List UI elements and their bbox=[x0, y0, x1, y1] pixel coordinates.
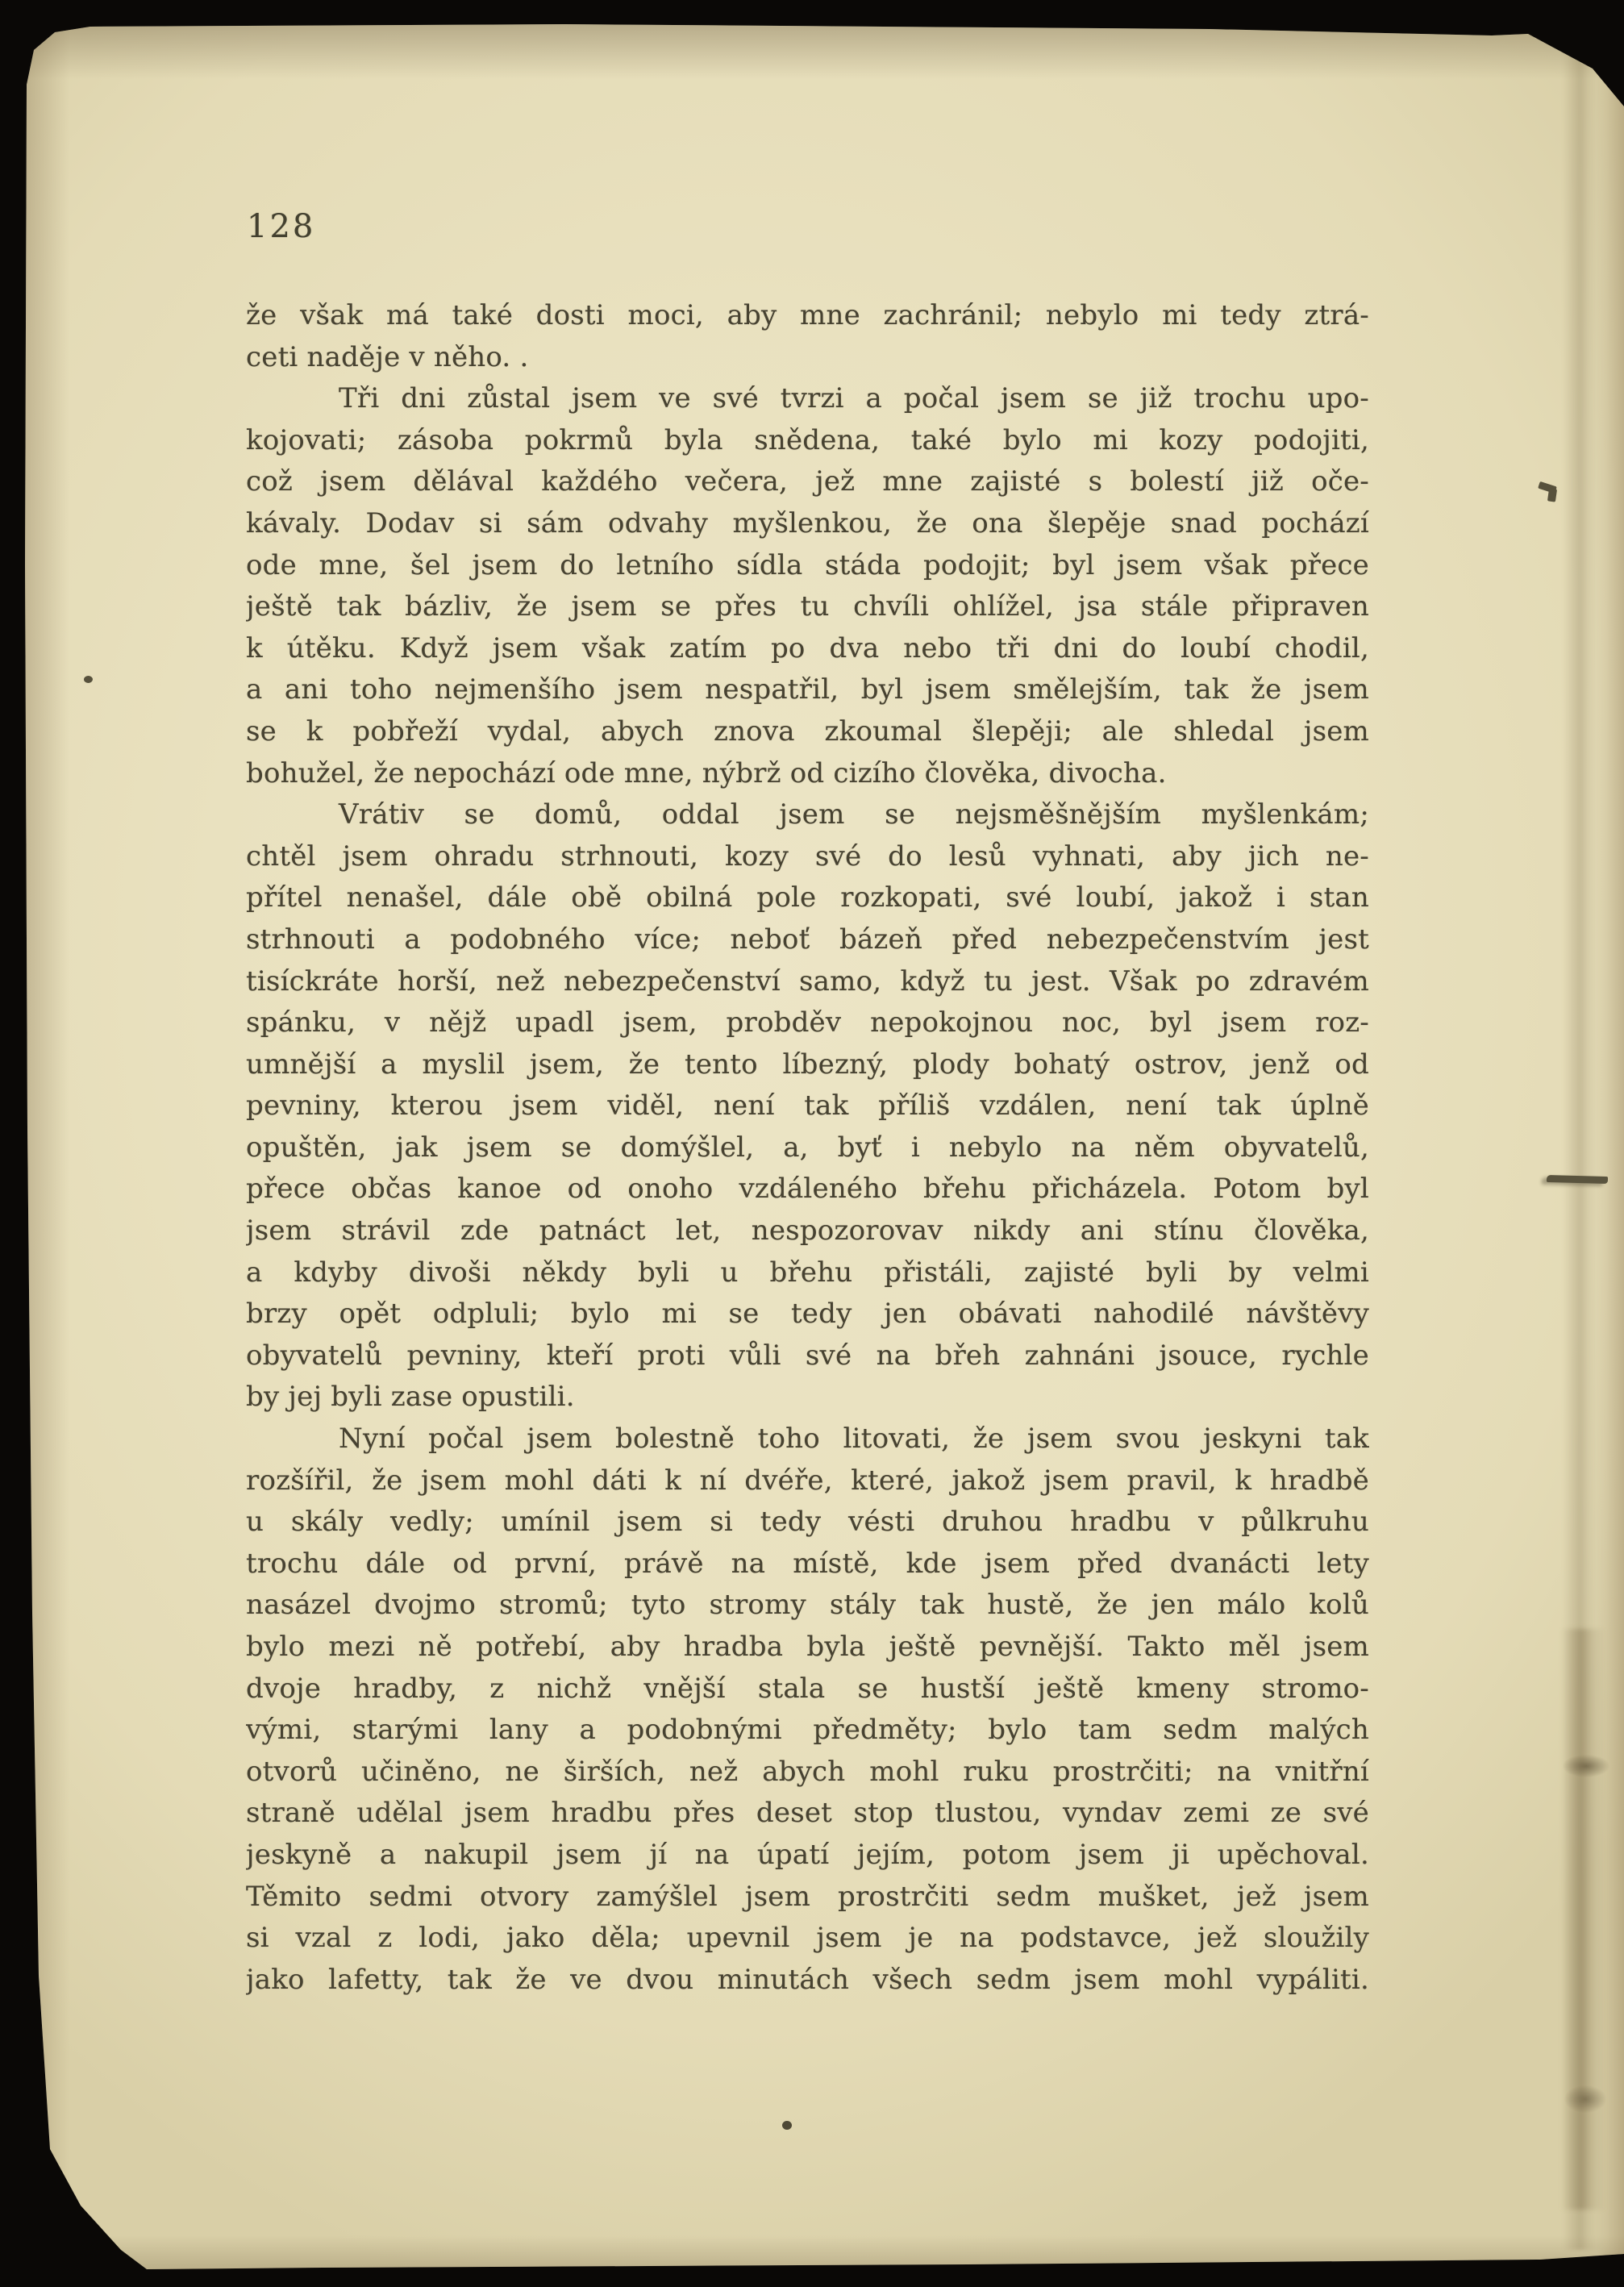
text-line: straně udělal jsem hradbu přes deset sto… bbox=[246, 1793, 1369, 1835]
text-line: otvorů učiněno, ne širších, než abych mo… bbox=[246, 1752, 1369, 1793]
page-number: 128 bbox=[247, 208, 315, 245]
text-line: k útěku. Když jsem však zatím po dva neb… bbox=[246, 628, 1369, 670]
text-line: že však má také dosti moci, aby mne zach… bbox=[246, 295, 1369, 337]
text-line: Nyní počal jsem bolestně toho litovati, … bbox=[246, 1418, 1369, 1460]
text-line: si vzal z lodi, jako děla; upevnil jsem … bbox=[246, 1918, 1369, 1960]
page-bottom-edge-shadow bbox=[0, 2235, 1624, 2272]
text-line: což jsem dělával každého večera, jež mne… bbox=[246, 461, 1369, 503]
ink-mark-right-middle bbox=[1547, 1175, 1608, 1184]
ink-mark-right-upper bbox=[1539, 482, 1563, 503]
text-line: rozšířil, že jsem mohl dáti k ní dvéře, … bbox=[246, 1460, 1369, 1502]
text-line: chtěl jsem ohradu strhnouti, kozy své do… bbox=[246, 836, 1369, 878]
text-line: by jej byli zase opustili. bbox=[246, 1377, 1369, 1418]
text-line: bylo mezi ně potřebí, aby hradba byla je… bbox=[246, 1627, 1369, 1668]
text-line: a kdyby divoši někdy byli u břehu přistá… bbox=[246, 1252, 1369, 1294]
text-line: ceti naděje v něho. . bbox=[246, 337, 1369, 379]
text-line: Tři dni zůstal jsem ve své tvrzi a počal… bbox=[246, 378, 1369, 420]
margin-speck-left bbox=[84, 676, 93, 683]
text-line: opuštěn, jak jsem se domýšlel, a, byť i … bbox=[246, 1127, 1369, 1169]
text-line: Vrátiv se domů, oddal jsem se nejsměšněj… bbox=[246, 794, 1369, 836]
text-line: se k pobřeží vydal, abych znova zkoumal … bbox=[246, 711, 1369, 753]
text-line: kávaly. Dodav si sám odvahy myšlenkou, ž… bbox=[246, 503, 1369, 545]
text-line: vými, starými lany a podobnými předměty;… bbox=[246, 1710, 1369, 1752]
text-line: nasázel dvojmo stromů; tyto stromy stály… bbox=[246, 1585, 1369, 1627]
text-line: ode mne, šel jsem do letního sídla stáda… bbox=[246, 545, 1369, 587]
text-line: jsem strávil zde patnáct let, nespozorov… bbox=[246, 1210, 1369, 1252]
text-line: přítel nenašel, dále obě obilná pole roz… bbox=[246, 877, 1369, 919]
text-line: tisíckráte horší, než nebezpečenství sam… bbox=[246, 961, 1369, 1003]
text-line: u skály vedly; umínil jsem si tedy vésti… bbox=[246, 1502, 1369, 1543]
text-line: spánku, v nějž upadl jsem, probděv nepok… bbox=[246, 1002, 1369, 1044]
text-line: ještě tak bázliv, že jsem se přes tu chv… bbox=[246, 586, 1369, 628]
text-line: trochu dále od první, právě na místě, kd… bbox=[246, 1543, 1369, 1585]
text-line: kojovati; zásoba pokrmů byla snědena, ta… bbox=[246, 420, 1369, 462]
text-line: obyvatelů pevniny, kteří proti vůli své … bbox=[246, 1335, 1369, 1377]
text-line: jeskyně a nakupil jsem jí na úpatí jejím… bbox=[246, 1835, 1369, 1877]
page-top-edge-shadow bbox=[0, 23, 1624, 79]
crease-stain-lower bbox=[1564, 2085, 1606, 2113]
text-line: umnější a myslil jsem, že tento líbezný,… bbox=[246, 1044, 1369, 1086]
page-left-edge-shadow bbox=[21, 0, 69, 2287]
book-page: 128 že však má také dosti moci, aby mne … bbox=[0, 0, 1624, 2287]
text-line: brzy opět odpluli; bylo mi se tedy jen o… bbox=[246, 1293, 1369, 1335]
text-block: že však má také dosti moci, aby mne zach… bbox=[246, 295, 1369, 2001]
crease-stain-upper bbox=[1563, 1755, 1609, 1777]
text-line: bohužel, že nepochází ode mne, nýbrž od … bbox=[246, 753, 1369, 795]
page-crease-lower bbox=[1561, 1629, 1606, 2210]
text-line: a ani toho nejmenšího jsem nespatřil, by… bbox=[246, 669, 1369, 711]
text-line: strhnouti a podobného více; neboť bázeň … bbox=[246, 919, 1369, 961]
margin-speck-bottom bbox=[782, 2121, 792, 2130]
text-line: jako lafetty, tak že ve dvou minutách vš… bbox=[246, 1960, 1369, 2002]
text-line: dvoje hradby, z nichž vnější stala se hu… bbox=[246, 1668, 1369, 1710]
text-line: Těmito sedmi otvory zamýšlel jsem prostr… bbox=[246, 1877, 1369, 1918]
text-line: přece občas kanoe od onoho vzdáleného bř… bbox=[246, 1168, 1369, 1210]
book-scan: 128 že však má také dosti moci, aby mne … bbox=[0, 0, 1624, 2287]
text-line: pevniny, kterou jsem viděl, není tak pří… bbox=[246, 1085, 1369, 1127]
